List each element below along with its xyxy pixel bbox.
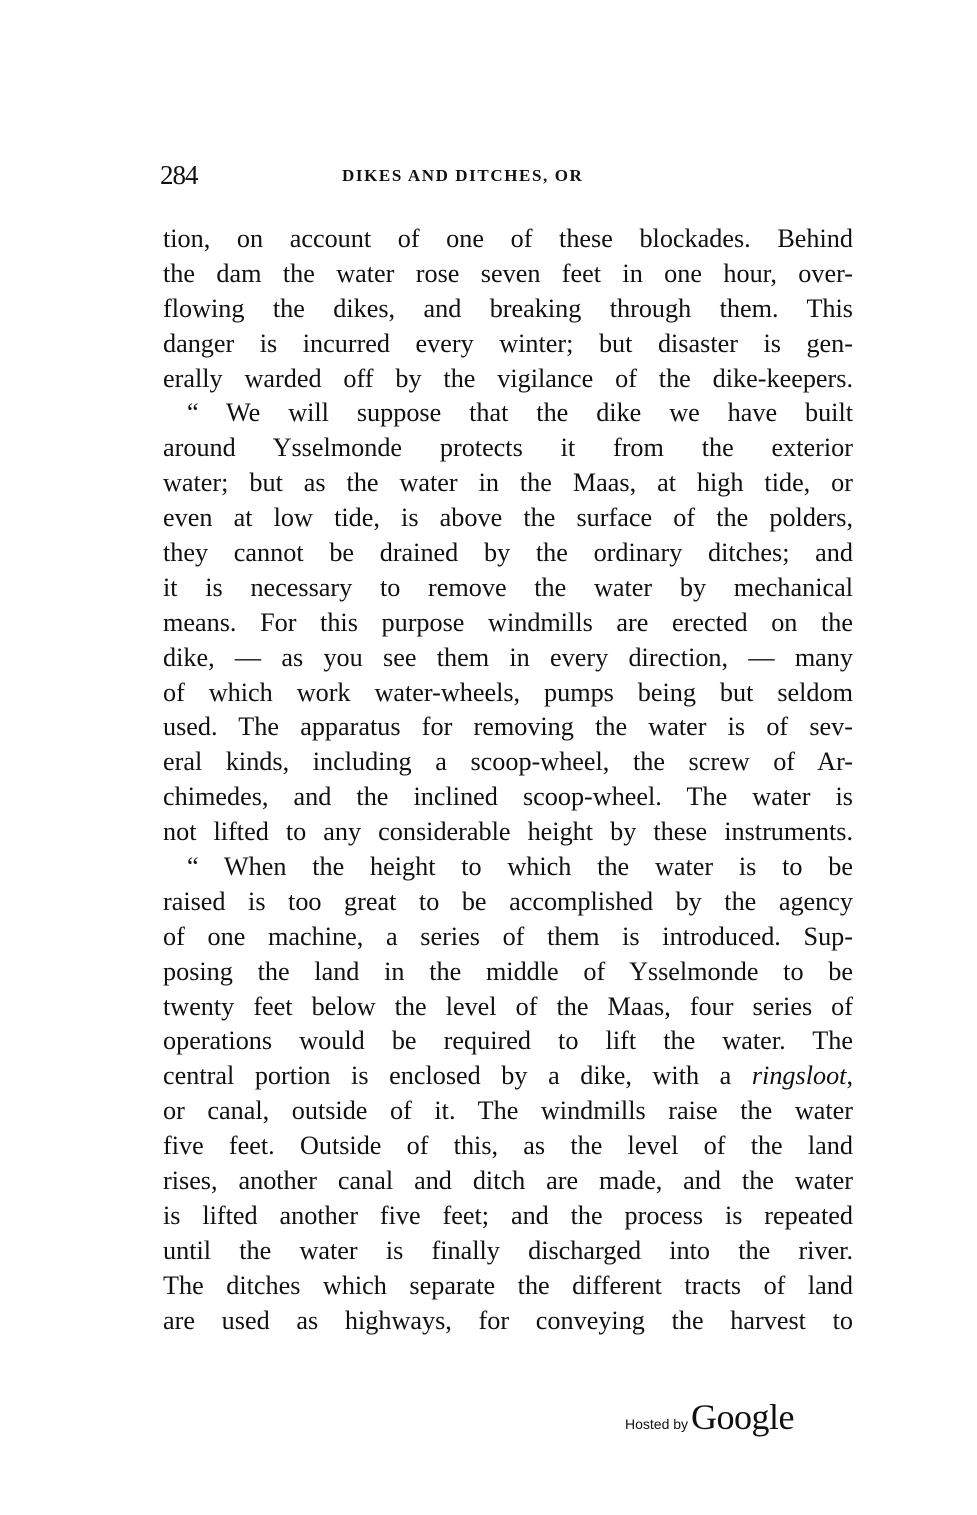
italic-term: ringsloot	[752, 1061, 847, 1090]
text-line: flowing the dikes, and breaking through …	[163, 292, 853, 327]
text-line: danger is incurred every winter; but dis…	[163, 327, 853, 362]
text-line: even at low tide, is above the surface o…	[163, 501, 853, 536]
text-line: five feet. Outside of this, as the level…	[163, 1129, 853, 1164]
text-line: not lifted to any considerable height by…	[163, 815, 853, 850]
text-line: until the water is finally discharged in…	[163, 1234, 853, 1269]
text-line: the dam the water rose seven feet in one…	[163, 257, 853, 292]
hosted-by-label: Hosted by	[625, 1416, 688, 1432]
text-line: are used as highways, for conveying the …	[163, 1304, 853, 1339]
text-segment: ,	[846, 1061, 853, 1090]
text-line: operations would be required to lift the…	[163, 1024, 853, 1059]
text-line: eral kinds, including a scoop-wheel, the…	[163, 745, 853, 780]
text-line: posing the land in the middle of Ysselmo…	[163, 955, 853, 990]
text-line: of which work water-wheels, pumps being …	[163, 676, 853, 711]
paragraph-start-line: “ We will suppose that the dike we have …	[163, 396, 853, 431]
text-line: used. The apparatus for removing the wat…	[163, 710, 853, 745]
text-line: water; but as the water in the Maas, at …	[163, 466, 853, 501]
paragraph-start-line: “ When the height to which the water is …	[163, 850, 853, 885]
text-line: or canal, outside of it. The windmills r…	[163, 1094, 853, 1129]
text-line: The ditches which separate the different…	[163, 1269, 853, 1304]
text-line: around Ysselmonde protects it from the e…	[163, 431, 853, 466]
book-page: 284 DIKES AND DITCHES, OR tion, on accou…	[0, 0, 977, 1515]
text-line: tion, on account of one of these blockad…	[163, 222, 853, 257]
page-number: 284	[160, 160, 198, 191]
text-line: raised is too great to be accomplished b…	[163, 885, 853, 920]
text-line: they cannot be drained by the ordinary d…	[163, 536, 853, 571]
hosted-by-google-watermark: Hosted by Google	[625, 1396, 794, 1438]
text-line-with-italic: central portion is enclosed by a dike, w…	[163, 1059, 853, 1094]
text-line: dike, — as you see them in every directi…	[163, 641, 853, 676]
running-title: DIKES AND DITCHES, OR	[342, 166, 583, 186]
text-line: is lifted another five feet; and the pro…	[163, 1199, 853, 1234]
text-line: of one machine, a series of them is intr…	[163, 920, 853, 955]
text-line: means. For this purpose windmills are er…	[163, 606, 853, 641]
text-line: erally warded off by the vigilance of th…	[163, 362, 853, 397]
text-segment: central portion is enclosed by a dike, w…	[163, 1061, 752, 1090]
text-line: twenty feet below the level of the Maas,…	[163, 990, 853, 1025]
running-head: 284 DIKES AND DITCHES, OR	[160, 160, 860, 196]
text-line: chimedes, and the inclined scoop-wheel. …	[163, 780, 853, 815]
google-logo: Google	[691, 1396, 794, 1438]
body-text: tion, on account of one of these blockad…	[163, 222, 853, 1339]
text-line: rises, another canal and ditch are made,…	[163, 1164, 853, 1199]
text-line: it is necessary to remove the water by m…	[163, 571, 853, 606]
